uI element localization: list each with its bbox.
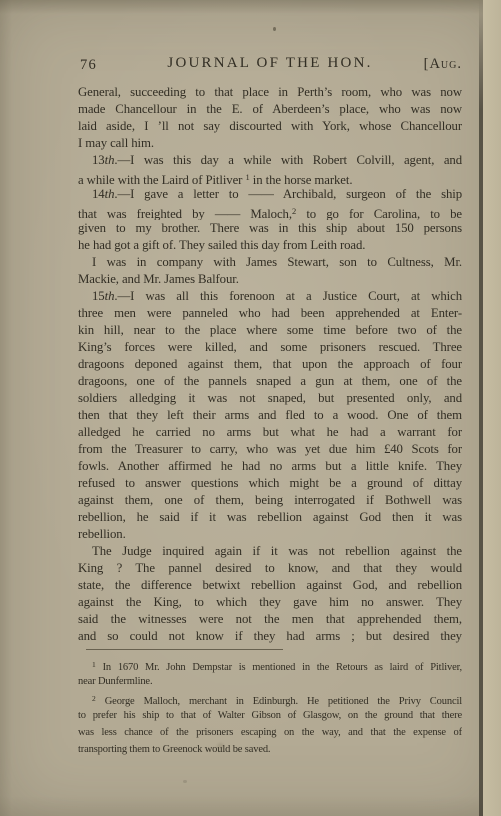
text-line: he had got a gift of. They sailed this d… bbox=[78, 237, 462, 254]
paper-speck bbox=[273, 27, 276, 31]
text-line: 14th.—I gave a letter to —— Archibald, s… bbox=[78, 186, 462, 203]
paper-speck bbox=[183, 780, 187, 783]
text-line: King’s forces were killed, and some pris… bbox=[78, 339, 462, 356]
footnote-separator-rule bbox=[86, 649, 283, 650]
footnote-line: transporting them to Greenock would be s… bbox=[78, 741, 462, 758]
page-edge-shadow-line bbox=[479, 0, 483, 816]
text-line: General, succeeding to that place in Per… bbox=[78, 84, 462, 101]
text-line: against them, one of them, being interro… bbox=[78, 492, 462, 509]
text-line: 13th.—I was this day a while with Robert… bbox=[78, 152, 462, 169]
month-marker: [Aug. bbox=[424, 56, 462, 73]
text-line: kin hill, near to the place where some t… bbox=[78, 322, 462, 339]
footnote-line: near Dunfermline. bbox=[78, 673, 462, 690]
text-line: that was freighted by —— Maloch,2 to go … bbox=[78, 203, 462, 220]
page-edge-paper-strip bbox=[483, 0, 501, 816]
text-line: against the King, to which they gave him… bbox=[78, 594, 462, 611]
text-line: alledged he carried no arms but what he … bbox=[78, 424, 462, 441]
running-header: 76 JOURNAL OF THE HON. [Aug. bbox=[78, 55, 462, 75]
text-line: The Judge inquired again if it was not r… bbox=[78, 543, 462, 560]
text-line: then that they left their arms and fled … bbox=[78, 407, 462, 424]
text-line: dragoons deponed against them, that upon… bbox=[78, 356, 462, 373]
text-line: I was in company with James Stewart, son… bbox=[78, 254, 462, 271]
footnote-line: 2 George Malloch, merchant in Edinburgh.… bbox=[78, 690, 462, 707]
footnotes: 1 In 1670 Mr. John Dempstar is mentioned… bbox=[78, 656, 462, 758]
running-title: JOURNAL OF THE HON. bbox=[78, 55, 462, 72]
text-line: dragoons, one of the pannels snaped a gu… bbox=[78, 373, 462, 390]
text-line: from the Treasurer to carry, who was yet… bbox=[78, 441, 462, 458]
paper-smudge bbox=[217, 743, 224, 749]
text-line: given to my brother. There was in this s… bbox=[78, 220, 462, 237]
text-line: rebellion, he said if it was rebellion a… bbox=[78, 509, 462, 526]
text-line: fowls. Another affirmed he had no arms b… bbox=[78, 458, 462, 475]
text-line: I may call him. bbox=[78, 135, 462, 152]
text-line: King ? The pannel desired to know, and t… bbox=[78, 560, 462, 577]
text-line: rebellion. bbox=[78, 526, 462, 543]
text-line: a while with the Laird of Pitliver 1 in … bbox=[78, 169, 462, 186]
text-line: said the witnesses were not the men that… bbox=[78, 611, 462, 628]
text-line: refused to answer questions which might … bbox=[78, 475, 462, 492]
text-line: state, the difference betwixt rebellion … bbox=[78, 577, 462, 594]
text-line: three men were panneled who had been app… bbox=[78, 305, 462, 322]
text-line: 15th.—I was all this forenoon at a Justi… bbox=[78, 288, 462, 305]
text-line: soldiers alledging it was not snaped, bu… bbox=[78, 390, 462, 407]
text-line: laid aside, I ’ll not say discourted wit… bbox=[78, 118, 462, 135]
text-line: and so could not know if they had arms ;… bbox=[78, 628, 462, 645]
footnote-line: 1 In 1670 Mr. John Dempstar is mentioned… bbox=[78, 656, 462, 673]
text-line: Mackie, and Mr. James Balfour. bbox=[78, 271, 462, 288]
body-text: General, succeeding to that place in Per… bbox=[78, 84, 462, 645]
text-line: made Chancellour in the E. of Aberdeen’s… bbox=[78, 101, 462, 118]
footnote-line: to prefer his ship to that of Walter Gib… bbox=[78, 707, 462, 724]
book-page-scan: 76 JOURNAL OF THE HON. [Aug. General, su… bbox=[0, 0, 501, 816]
footnote-line: was less chance of the prisoners escapin… bbox=[78, 724, 462, 741]
